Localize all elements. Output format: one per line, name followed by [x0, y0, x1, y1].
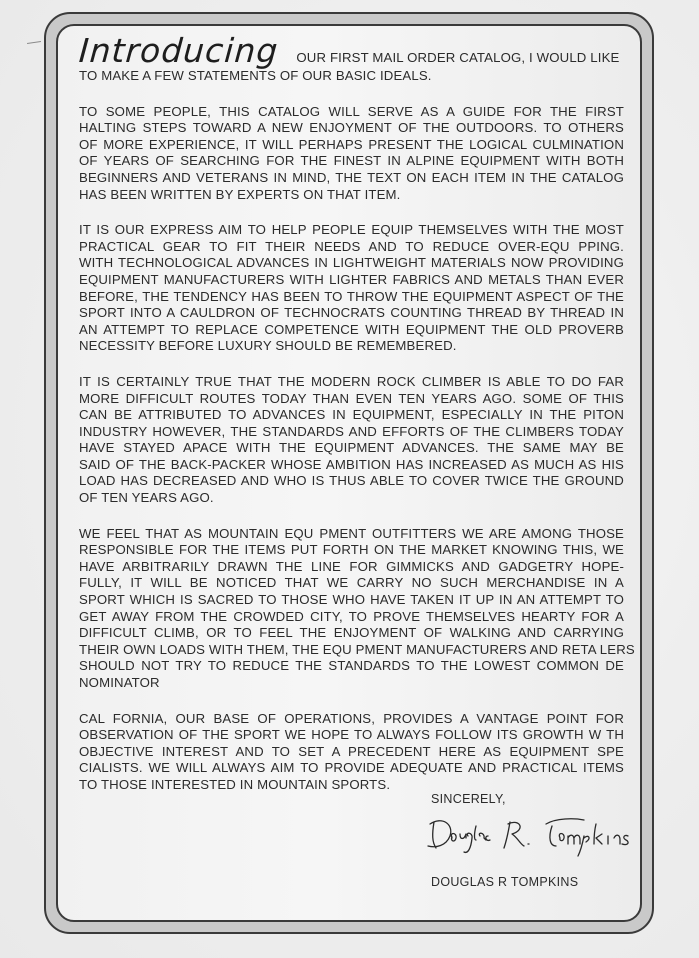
paragraph-line: SPORT WHICH IS SACRED TO THOSE WHO HAVE … — [79, 592, 624, 609]
paragraph-line: BEGINNERS AND VETERANS IN MIND, THE TEXT… — [79, 170, 624, 187]
paragraph-line: WITH TECHNOLOGICAL ADVANCES IN LIGHTWEIG… — [79, 255, 624, 272]
paragraph-line: LOAD HAS DECREASED AND WHO IS THUS ABLE … — [79, 473, 624, 490]
paragraph-line: OBSERVATION OF THE SPORT WE HOPE TO ALWA… — [79, 727, 624, 744]
paragraph-line: HAVE STAYED APACE WITH THE EQUIPMENT ADV… — [79, 440, 624, 457]
paragraph-line: SPORT INTO A CAULDRON OF TECHNOCRATS COU… — [79, 305, 624, 322]
intro-heading-line: Introducing OUR FIRST MAIL ORDER CATALOG… — [79, 34, 624, 68]
paragraph-line: CAN BE ATTRIBUTED TO ADVANCES IN EQUIPME… — [79, 407, 624, 424]
paragraph-line: IT IS OUR EXPRESS AIM TO HELP PEOPLE EQU… — [79, 222, 624, 239]
letter-paragraphs: TO SOME PEOPLE, THIS CATALOG WILL SERVE … — [79, 104, 624, 794]
paragraph-line: CIALISTS. WE WILL ALWAYS AIM TO PROVIDE … — [79, 760, 624, 777]
paragraph-line: TO SOME PEOPLE, THIS CATALOG WILL SERVE … — [79, 104, 624, 121]
paragraph-line: OBJECTIVE INTEREST AND TO SET A PRECEDEN… — [79, 744, 624, 761]
paragraph-line: OF TEN YEARS AGO. — [79, 490, 624, 507]
intro-heading-word: Introducing — [78, 34, 280, 68]
paragraph-line: CAL FORNIA, OUR BASE OF OPERATIONS, PROV… — [79, 711, 624, 728]
intro-line-continuation: TO MAKE A FEW STATEMENTS OF OUR BASIC ID… — [79, 68, 624, 85]
paragraph-line: WE FEEL THAT AS MOUNTAIN EQU PMENT OUTFI… — [79, 526, 624, 543]
letter-paragraph: CAL FORNIA, OUR BASE OF OPERATIONS, PROV… — [79, 711, 624, 794]
paragraph-line: TO THOSE INTERESTED IN MOUNTAIN SPORTS. — [79, 777, 624, 794]
paragraph-line: HAVE ARBITRARILY DRAWN THE LINE FOR GIMM… — [79, 559, 624, 576]
paragraph-line: OF YEARS OF SEARCHING FOR THE FINEST IN … — [79, 153, 624, 170]
letter-body: Introducing OUR FIRST MAIL ORDER CATALOG… — [79, 30, 624, 794]
handwritten-signature — [424, 808, 644, 858]
paragraph-line: BEFORE, THE TENDENCY HAS BEEN TO THROW T… — [79, 289, 624, 306]
intro-line-text: OUR FIRST MAIL ORDER CATALOG, I WOULD LI… — [296, 50, 619, 67]
letter-paragraph: IT IS CERTAINLY TRUE THAT THE MODERN ROC… — [79, 374, 624, 507]
paragraph-line: INDUSTRY HOWEVER, THE STANDARDS AND EFFO… — [79, 424, 624, 441]
letter-paragraph: WE FEEL THAT AS MOUNTAIN EQU PMENT OUTFI… — [79, 526, 624, 692]
paragraph-line: HAS BEEN WRITTEN BY EXPERTS ON THAT ITEM… — [79, 187, 624, 204]
paragraph-line: HALTING STEPS TOWARD A NEW ENJOYMENT OF … — [79, 120, 624, 137]
paragraph-line: PRACTICAL GEAR TO FIT THEIR NEEDS AND TO… — [79, 239, 624, 256]
paragraph-line: IT IS CERTAINLY TRUE THAT THE MODERN ROC… — [79, 374, 624, 391]
paragraph-line: THEIR OWN LOADS WITH THEM, THE EQU PMENT… — [79, 642, 624, 659]
paragraph-line: MORE DIFFICULT ROUTES TODAY THAN EVEN TE… — [79, 391, 624, 408]
letter-paragraph: IT IS OUR EXPRESS AIM TO HELP PEOPLE EQU… — [79, 222, 624, 355]
printed-signatory-name: DOUGLAS R TOMPKINS — [431, 875, 578, 889]
paragraph-line: OF MORE EXPERIENCE, IT WILL PERHAPS PRES… — [79, 137, 624, 154]
paragraph-line: DIFFICULT CLIMB, OR TO FEEL THE ENJOYMEN… — [79, 625, 624, 642]
paragraph-line: AN ATTEMPT TO REPLACE COMPETENCE WITH EQ… — [79, 322, 624, 339]
letter-paragraph: TO SOME PEOPLE, THIS CATALOG WILL SERVE … — [79, 104, 624, 204]
paragraph-line: NOMINATOR — [79, 675, 624, 692]
paragraph-line: SHOULD NOT TRY TO REDUCE THE STANDARDS T… — [79, 658, 624, 675]
paragraph-line: FULLY, IT WILL BE NOTICED THAT WE CARRY … — [79, 575, 624, 592]
paragraph-line: GET AWAY FROM THE CROWDED CITY, TO PROVE… — [79, 609, 624, 626]
paragraph-line: EQUIPMENT MANUFACTURERS WITH LIGHTER FAB… — [79, 272, 624, 289]
paragraph-line: SAID OF THE BACK-PACKER WHOSE AMBITION H… — [79, 457, 624, 474]
paragraph-line: RESPONSIBLE FOR THE ITEMS PUT FORTH ON T… — [79, 542, 624, 559]
closing-salutation: SINCERELY, — [431, 792, 506, 806]
paragraph-line: NECESSITY BEFORE LUXURY SHOULD BE REMEMB… — [79, 338, 624, 355]
